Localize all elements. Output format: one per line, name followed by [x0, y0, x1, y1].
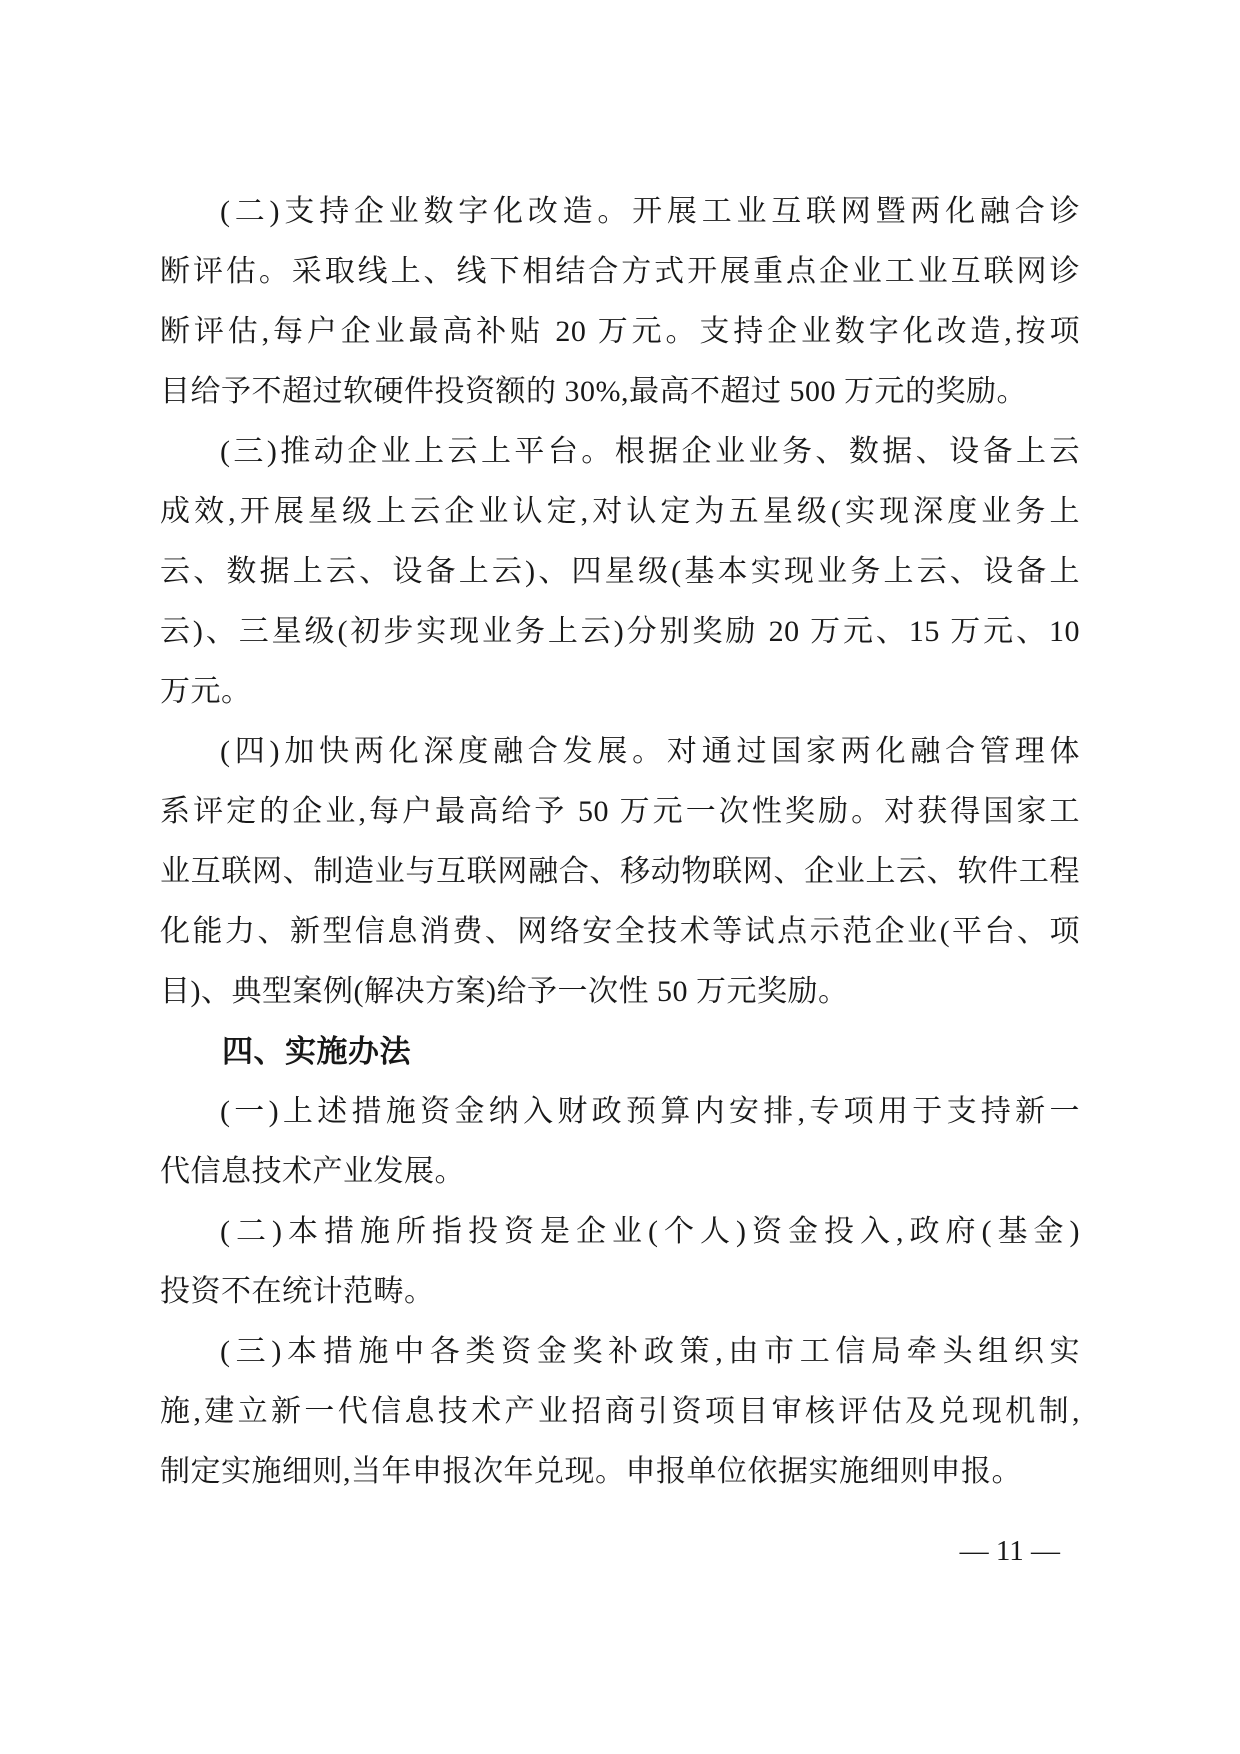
document-page: (二)支持企业数字化改造。开展工业互联网暨两化融合诊断评估。采取线上、线下相结合… [0, 0, 1240, 1754]
text-line: 系评定的企业,每户最高给予 50 万元一次性奖励。对获得国家工 [160, 782, 1080, 842]
text-line: (二)本措施所指投资是企业(个人)资金投入,政府(基金) [160, 1202, 1080, 1262]
text-line: 代信息技术产业发展。 [160, 1142, 1080, 1202]
page-number: — 11 — [160, 1530, 1080, 1572]
text-line: 目)、典型案例(解决方案)给予一次性 50 万元奖励。 [160, 962, 1080, 1022]
paragraph: (三)推动企业上云上平台。根据企业业务、数据、设备上云成效,开展星级上云企业认定… [160, 422, 1080, 722]
text-line: 云)、三星级(初步实现业务上云)分别奖励 20 万元、15 万元、10 [160, 602, 1080, 662]
text-line: 成效,开展星级上云企业认定,对认定为五星级(实现深度业务上 [160, 482, 1080, 542]
text-line: 施,建立新一代信息技术产业招商引资项目审核评估及兑现机制, [160, 1382, 1080, 1442]
paragraph: (三)本措施中各类资金奖补政策,由市工信局牵头组织实施,建立新一代信息技术产业招… [160, 1322, 1080, 1502]
paragraph: (四)加快两化深度融合发展。对通过国家两化融合管理体系评定的企业,每户最高给予 … [160, 722, 1080, 1022]
page-footer: — 11 — [160, 1506, 1080, 1572]
text-line: (一)上述措施资金纳入财政预算内安排,专项用于支持新一 [160, 1082, 1080, 1142]
text-line: 目给予不超过软硬件投资额的 30%,最高不超过 500 万元的奖励。 [160, 362, 1080, 422]
text-line: 业互联网、制造业与互联网融合、移动物联网、企业上云、软件工程 [160, 842, 1080, 902]
text-line: 制定实施细则,当年申报次年兑现。申报单位依据实施细则申报。 [160, 1442, 1080, 1502]
paragraph: (二)支持企业数字化改造。开展工业互联网暨两化融合诊断评估。采取线上、线下相结合… [160, 182, 1080, 422]
text-line: 断评估。采取线上、线下相结合方式开展重点企业工业互联网诊 [160, 242, 1080, 302]
text-line: 投资不在统计范畴。 [160, 1262, 1080, 1322]
text-line: 万元。 [160, 662, 1080, 722]
text-line: (三)本措施中各类资金奖补政策,由市工信局牵头组织实 [160, 1322, 1080, 1382]
text-line: (三)推动企业上云上平台。根据企业业务、数据、设备上云 [160, 422, 1080, 482]
paragraph: (二)本措施所指投资是企业(个人)资金投入,政府(基金)投资不在统计范畴。 [160, 1202, 1080, 1322]
text-line: (四)加快两化深度融合发展。对通过国家两化融合管理体 [160, 722, 1080, 782]
text-line: 化能力、新型信息消费、网络安全技术等试点示范企业(平台、项 [160, 902, 1080, 962]
text-line: 云、数据上云、设备上云)、四星级(基本实现业务上云、设备上 [160, 542, 1080, 602]
text-line: 断评估,每户企业最高补贴 20 万元。支持企业数字化改造,按项 [160, 302, 1080, 362]
paragraph: (一)上述措施资金纳入财政预算内安排,专项用于支持新一代信息技术产业发展。 [160, 1082, 1080, 1202]
document-content: (二)支持企业数字化改造。开展工业互联网暨两化融合诊断评估。采取线上、线下相结合… [160, 182, 1080, 1502]
text-line: (二)支持企业数字化改造。开展工业互联网暨两化融合诊 [160, 182, 1080, 242]
text-line: 四、实施办法 [160, 1022, 1080, 1082]
section-heading: 四、实施办法 [160, 1022, 1080, 1082]
